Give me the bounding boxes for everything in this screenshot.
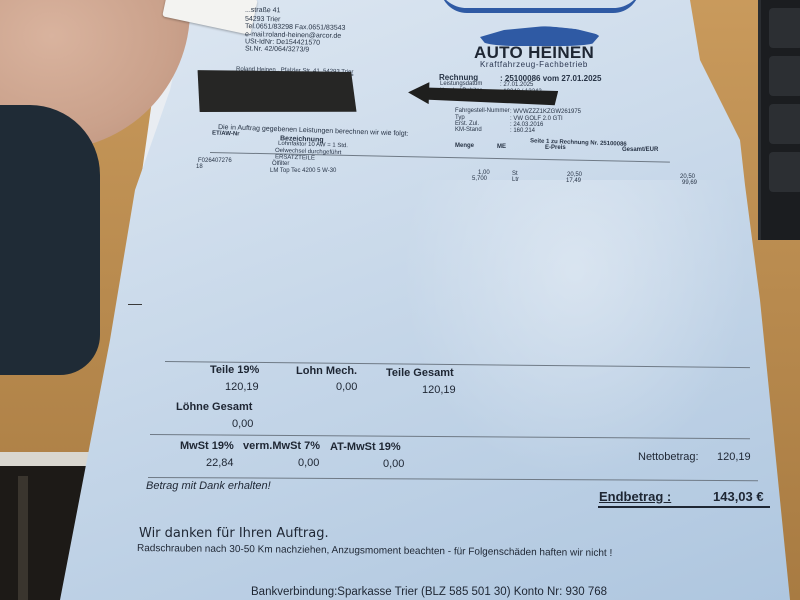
final-amount-value: 143,03 € xyxy=(713,489,764,504)
table-row-qty: 5,700 xyxy=(472,176,487,182)
table-row-price: 17,49 xyxy=(566,178,581,184)
col-header-total: Gesamt/EUR xyxy=(622,147,658,153)
sleeve xyxy=(0,105,100,375)
mileage-value: : 160.214 xyxy=(510,128,535,134)
keyboard-key xyxy=(769,152,800,192)
keyboard-key xyxy=(769,8,800,48)
final-amount-underline xyxy=(598,506,770,508)
table-row-total: 99,69 xyxy=(682,180,697,186)
company-logo-subtitle: Kraftfahrzeug-Fachbetrieb xyxy=(480,60,588,69)
service-date-label: Leistungsdatum xyxy=(440,81,482,87)
table-row-nr: F026407276 xyxy=(198,158,232,164)
reduced-vat-label: verm.MwSt 7% xyxy=(243,440,320,452)
vin-value: : WVWZZZ1KZGW261975 xyxy=(510,109,581,115)
fold-mark xyxy=(128,304,142,305)
labor-total-label: Löhne Gesamt xyxy=(176,401,252,413)
at-vat-value: 0,00 xyxy=(383,458,404,470)
net-amount-value: 120,19 xyxy=(717,451,751,463)
company-city: 54293 Trier xyxy=(245,16,281,24)
thanks-text: Wir danken für Ihren Auftrag. xyxy=(139,526,329,541)
keyboard-key xyxy=(769,56,800,96)
vin-label: Fahrgestell-Nummer xyxy=(455,108,510,114)
final-amount-label: Endbetrag : xyxy=(599,489,671,504)
vat-19-label: MwSt 19% xyxy=(180,440,234,452)
parts-total-value: 120,19 xyxy=(422,384,456,396)
company-tax-no: St.Nr. 42/064/3273/9 xyxy=(245,45,309,53)
labor-total-value: 0,00 xyxy=(232,418,253,430)
table-row-desc: Ölfilter xyxy=(272,161,289,167)
vat-19-value: 22,84 xyxy=(206,457,234,469)
chair-leg xyxy=(18,476,28,600)
net-amount-label: Nettobetrag: xyxy=(638,451,699,463)
redacted-address-block xyxy=(196,68,357,116)
labor-mech-label: Lohn Mech. xyxy=(296,365,357,377)
service-date-value: : 27.01.2025 xyxy=(500,82,533,88)
table-row-desc: LM Top Tec 4200 5 W-30 xyxy=(270,168,336,174)
keyboard-key xyxy=(769,104,800,144)
table-row-unit: Ltr xyxy=(512,177,519,183)
col-header-unit-price: E-Preis xyxy=(545,145,566,151)
labor-mech-value: 0,00 xyxy=(336,381,357,393)
table-row-nr: 18 xyxy=(196,164,203,170)
col-header-unit: ME xyxy=(497,144,506,150)
col-header-quantity: Menge xyxy=(455,143,474,149)
mileage-label: KM-Stand xyxy=(455,127,482,133)
at-vat-label: AT-MwSt 19% xyxy=(330,441,401,453)
keyboard xyxy=(758,0,800,240)
col-header-nr: ET/AW-Nr xyxy=(212,131,240,138)
logo-swoosh xyxy=(440,0,640,13)
reduced-vat-value: 0,00 xyxy=(298,457,319,469)
company-address: ...straße 41 xyxy=(245,7,281,15)
parts-total-label: Teile Gesamt xyxy=(386,367,454,379)
parts-19-label: Teile 19% xyxy=(210,364,259,376)
parts-19-value: 120,19 xyxy=(225,381,259,393)
paid-note: Betrag mit Dank erhalten! xyxy=(146,480,271,492)
bank-details: Bankverbindung:Sparkasse Trier (BLZ 585 … xyxy=(251,586,607,598)
